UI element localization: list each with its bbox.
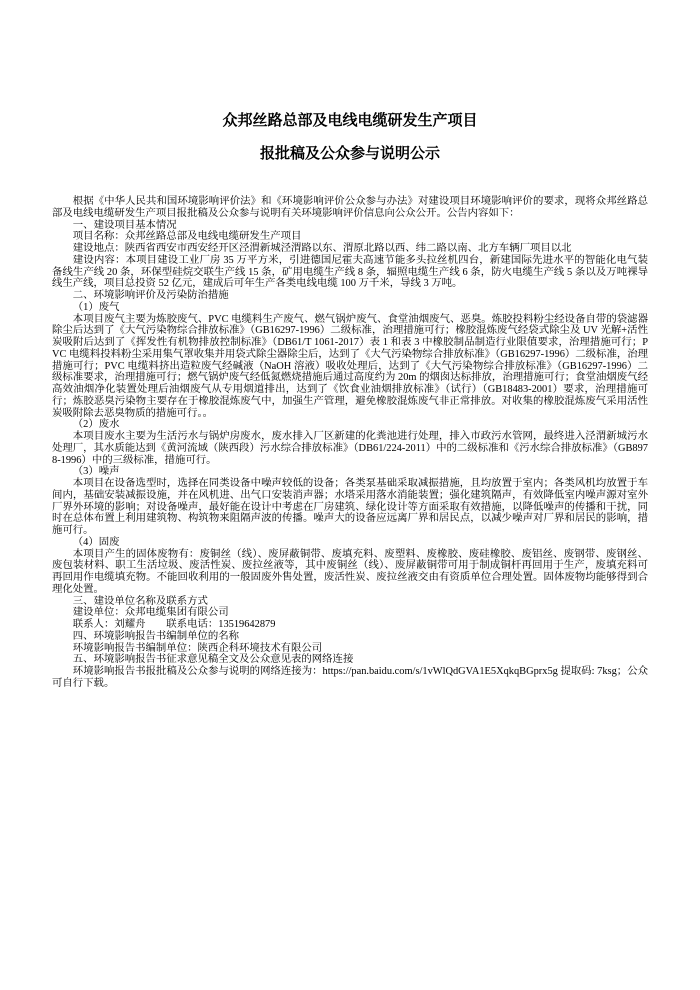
page-title-line1: 众邦丝路总部及电线电缆研发生产项目 (52, 112, 648, 130)
solid-waste-paragraph: 本项目产生的固体废物有：废铜丝（线）、废屏蔽铜带、废填充料、废塑料、废橡胶、废硅… (52, 549, 648, 596)
wastewater-paragraph: 本项目废水主要为生活污水与锅炉房废水，废水排入厂区新建的化粪池进行处理，排入市政… (52, 431, 648, 466)
intro-paragraph: 根据《中华人民共和国环境影响评价法》和《环境影响评价公众参与办法》对建设项目环境… (52, 196, 648, 220)
page-title-line2: 报批稿及公众参与说明公示 (52, 145, 648, 163)
construction-unit: 建设单位：众邦电缆集团有限公司 (52, 607, 648, 619)
noise-paragraph: 本项目在设备选型时，选择在同类设备中噪声较低的设备；各类泵基础采取减振措施，且均… (52, 478, 648, 537)
section1-heading: 一、建设项目基本情况 (52, 220, 648, 232)
waste-gas-subheading: （1）废气 (52, 302, 648, 314)
download-link-paragraph: 环境影响报告书报批稿及公众参与说明的网络连接为：https://pan.baid… (52, 666, 648, 690)
section4-heading: 四、环境影响报告书编制单位的名称 (52, 631, 648, 643)
contact-info: 联系人：刘耀舟 联系电话：13519642879 (52, 619, 648, 631)
section3-heading: 三、建设单位名称及联系方式 (52, 596, 648, 608)
document-page: 众邦丝路总部及电线电缆研发生产项目 报批稿及公众参与说明公示 根据《中华人民共和… (0, 0, 700, 990)
noise-subheading: （3）噪声 (52, 466, 648, 478)
section2-heading: 二、环境影响评价及污染防治措施 (52, 290, 648, 302)
project-content: 建设内容：本项目建设工业厂房 35 万平方米，引进德国尼霍夫高速节能多头拉丝机四… (52, 255, 648, 290)
report-agency: 环境影响报告书编制单位：陕西企科环境技术有限公司 (52, 643, 648, 655)
project-name: 项目名称：众邦丝路总部及电线电缆研发生产项目 (52, 231, 648, 243)
waste-gas-paragraph: 本项目废气主要为炼胶废气、PVC 电缆料生产废气、燃气锅炉废气、食堂油烟废气、恶… (52, 314, 648, 420)
solid-waste-subheading: （4）固废 (52, 537, 648, 549)
document-body: 根据《中华人民共和国环境影响评价法》和《环境影响评价公众参与办法》对建设项目环境… (52, 196, 648, 690)
wastewater-subheading: （2）废水 (52, 419, 648, 431)
section5-heading: 五、环境影响报告书征求意见稿全文及公众意见表的网络连接 (52, 654, 648, 666)
project-location: 建设地点：陕西省西安市西安经开区泾渭新城泾渭路以东、渭原北路以西、纬二路以南、北… (52, 243, 648, 255)
